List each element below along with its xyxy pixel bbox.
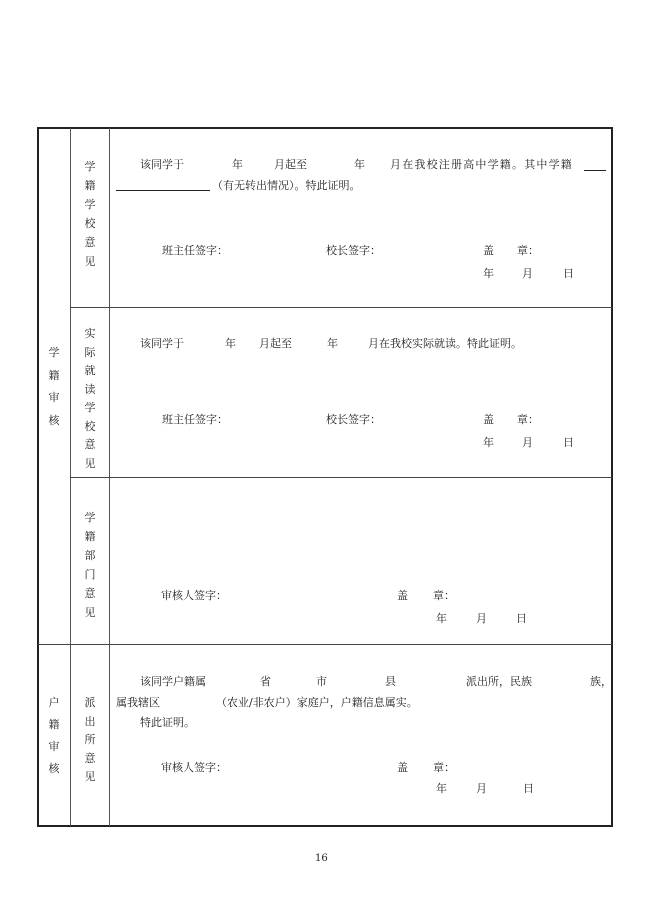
row-label-char: 意: [83, 233, 97, 252]
document-page: 学 籍 审 核 学 籍 学 校 意 见 该同学于 年 月起至 年 月在我校注册高…: [0, 0, 650, 919]
row-label-char: 学: [83, 195, 97, 214]
row-label-char: 意: [83, 750, 97, 769]
police-cert-line2-p1: 属我辖区: [116, 696, 160, 710]
row-label-police-opinion: 派 出 所 意 见: [83, 694, 97, 787]
school-date-day: 日: [563, 267, 574, 281]
section-label-char: 核: [47, 758, 61, 780]
police-cert-line1-p6: 族，: [590, 675, 612, 689]
actual-sign-teacher: 班主任签字：: [162, 413, 228, 427]
row-label-char: 出: [83, 713, 97, 732]
dept-seal-b: 章：: [433, 589, 455, 603]
police-date-year: 年: [436, 782, 447, 796]
row-label-dept-opinion: 学 籍 部 门 意 见: [83, 508, 97, 622]
school-date-year: 年: [483, 267, 494, 281]
actual-cert-line1-p5: 月在我校实际就读。特此证明。: [368, 337, 522, 351]
police-seal-a: 盖: [397, 761, 408, 775]
actual-sign-principal: 校长签字：: [326, 413, 381, 427]
police-cert-line1-p1: 该同学户籍属: [140, 675, 206, 689]
page-number: 16: [315, 853, 328, 864]
row-label-char: 见: [83, 603, 97, 622]
police-cert-line1-p3: 市: [316, 675, 327, 689]
row-label-char: 部: [83, 546, 97, 565]
row-label-char: 实: [83, 325, 97, 344]
section-label-char: 审: [47, 387, 61, 410]
row-label-char: 门: [83, 565, 97, 584]
row-label-char: 际: [83, 344, 97, 363]
row-divider-1: [70, 307, 612, 308]
dept-seal-a: 盖: [397, 589, 408, 603]
row-label-char: 就: [83, 362, 97, 381]
actual-cert-line1-p3: 月起至: [259, 337, 292, 351]
actual-cert-line1-p4: 年: [327, 337, 338, 351]
row-label-char: 见: [83, 252, 97, 271]
school-cert-line2: （有无转出情况）。特此证明。: [212, 179, 361, 193]
school-cert-line1-p5: 月在我校注册高中学籍。其中学籍: [390, 158, 573, 172]
section-label-char: 审: [47, 736, 61, 758]
school-cert-blank-2[interactable]: [116, 190, 210, 191]
school-cert-line1-p4: 年: [354, 158, 365, 172]
row-label-char: 意: [83, 436, 97, 455]
row-label-char: 见: [83, 455, 97, 474]
school-cert-line1-p1: 该同学于: [140, 158, 184, 172]
actual-date-month: 月: [522, 436, 533, 450]
section-label-huji: 户 籍 审 核: [47, 692, 61, 780]
section-label-xueji: 学 籍 审 核: [47, 342, 61, 432]
section-divider: [38, 644, 612, 645]
row-label-char: 意: [83, 584, 97, 603]
school-seal-b: 章：: [517, 244, 539, 258]
row-label-char: 派: [83, 694, 97, 713]
section-label-char: 核: [47, 410, 61, 433]
police-cert-line1-p5: 派出所，民族: [466, 675, 532, 689]
row-label-char: 读: [83, 381, 97, 400]
school-sign-teacher: 班主任签字：: [162, 244, 228, 258]
police-seal-b: 章：: [433, 761, 455, 775]
police-cert-line1-p2: 省: [260, 675, 271, 689]
row-label-char: 学: [83, 157, 97, 176]
dept-date-day: 日: [516, 612, 527, 626]
actual-seal-b: 章：: [517, 413, 539, 427]
section-label-char: 户: [47, 692, 61, 714]
actual-date-day: 日: [563, 436, 574, 450]
row-label-char: 籍: [83, 527, 97, 546]
actual-date-year: 年: [483, 436, 494, 450]
police-sign-reviewer: 审核人签字：: [161, 761, 227, 775]
row-label-char: 籍: [83, 176, 97, 195]
school-seal-a: 盖: [483, 244, 494, 258]
police-cert-line1-p4: 县: [385, 675, 396, 689]
section-label-char: 学: [47, 342, 61, 365]
actual-seal-a: 盖: [483, 413, 494, 427]
dept-sign-reviewer: 审核人签字：: [161, 589, 227, 603]
school-sign-principal: 校长签字：: [326, 244, 381, 258]
dept-date-year: 年: [436, 612, 447, 626]
row-label-char: 见: [83, 768, 97, 787]
row-divider-2: [70, 477, 612, 478]
actual-cert-line1-p1: 该同学于: [140, 337, 184, 351]
row-label-actual-school-opinion: 实 际 就 读 学 校 意 见: [83, 325, 97, 473]
row-label-char: 学: [83, 508, 97, 527]
police-cert-line2-p2: （农业/非农户）家庭户，户籍信息属实。: [216, 696, 418, 710]
police-date-day: 日: [523, 782, 534, 796]
section-label-char: 籍: [47, 365, 61, 388]
school-cert-blank-1[interactable]: [584, 170, 606, 171]
police-cert-line3: 特此证明。: [140, 716, 195, 730]
school-cert-line1-p2: 年: [232, 158, 243, 172]
police-date-month: 月: [476, 782, 487, 796]
row-label-char: 校: [83, 418, 97, 437]
school-cert-line1-p3: 月起至: [274, 158, 307, 172]
row-label-char: 校: [83, 214, 97, 233]
school-date-month: 月: [522, 267, 533, 281]
section-label-char: 籍: [47, 714, 61, 736]
actual-cert-line1-p2: 年: [225, 337, 236, 351]
row-label-char: 学: [83, 399, 97, 418]
row-label-char: 所: [83, 731, 97, 750]
row-label-school-opinion: 学 籍 学 校 意 见: [83, 157, 97, 271]
dept-date-month: 月: [476, 612, 487, 626]
